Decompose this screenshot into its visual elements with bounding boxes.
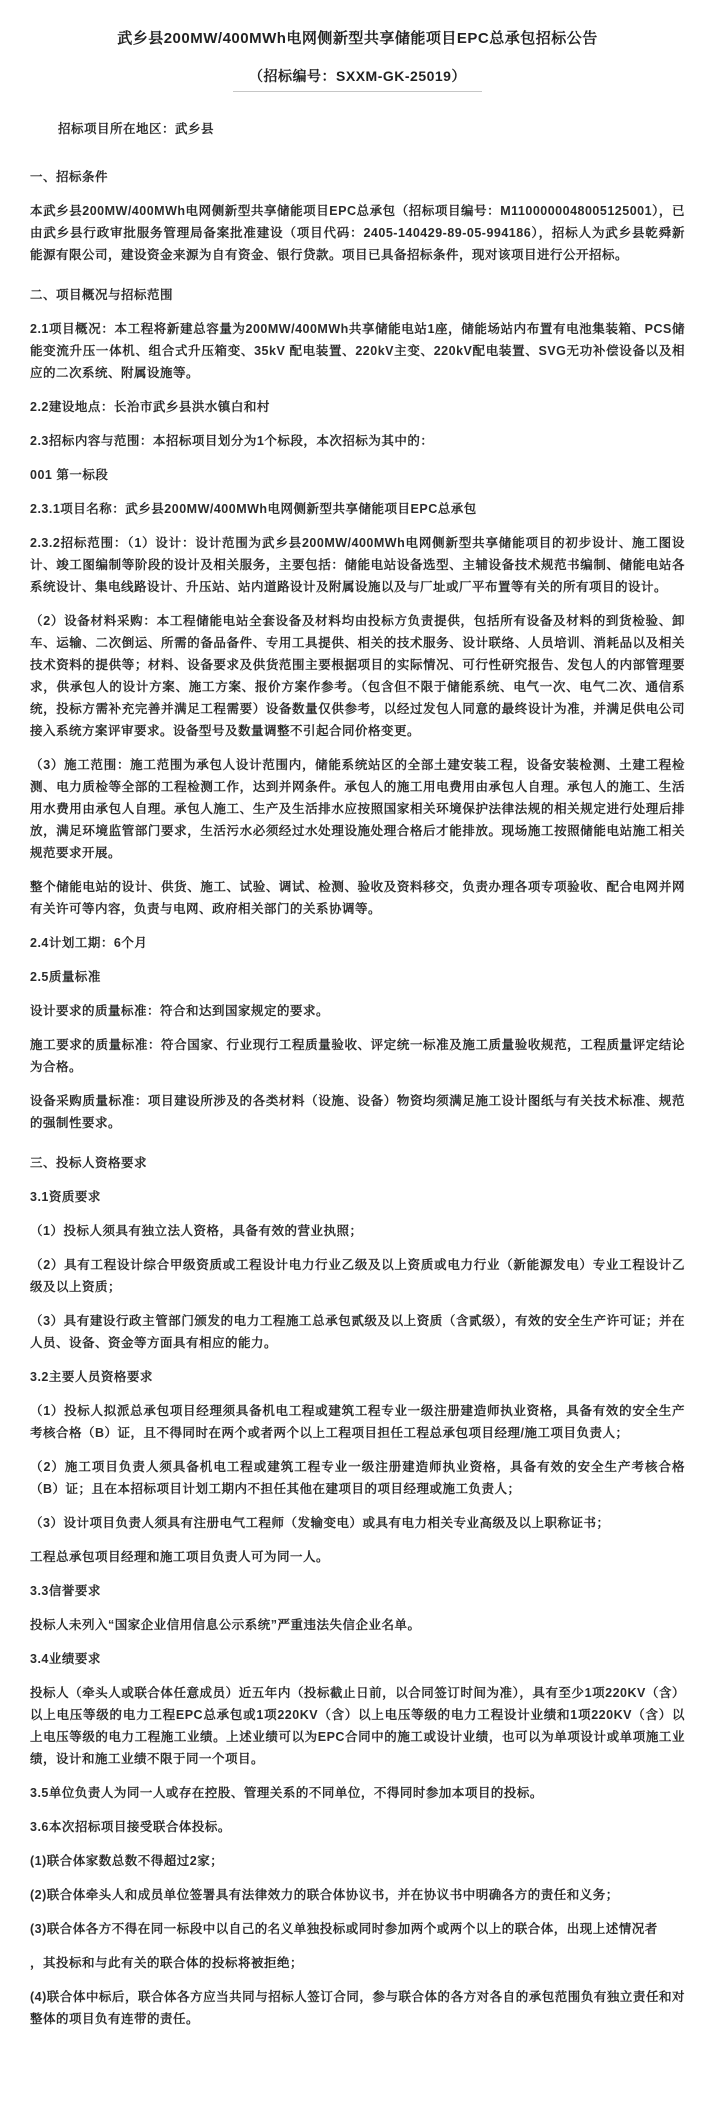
paragraph: (3)联合体各方不得在同一标段中以自己的名义单独投标或同时参加两个或两个以上的联…: [30, 1918, 685, 1940]
paragraph: 3.5单位负责人为同一人或存在控股、管理关系的不同单位，不得同时参加本项目的投标…: [30, 1782, 685, 1804]
paragraph: 本武乡县200MW/400MWh电网侧新型共享储能项目EPC总承包（招标项目编号…: [30, 200, 685, 266]
paragraph: （2）设备材料采购：本工程储能电站全套设备及材料均由投标方负责提供，包括所有设备…: [30, 610, 685, 742]
tender-number-line: （招标编号：SXXM-GK-25019）: [30, 66, 685, 92]
paragraph: 投标人（牵头人或联合体任意成员）近五年内（投标截止日前，以合同签订时间为准），具…: [30, 1682, 685, 1770]
paragraph: (1)联合体家数总数不得超过2家；: [30, 1850, 685, 1872]
section-heading: 二、项目概况与招标范围: [30, 284, 685, 306]
paragraph: （3）施工范围：施工范围为承包人设计范围内，储能系统站区的全部土建安装工程，设备…: [30, 754, 685, 864]
paragraph: （2）施工项目负责人须具备机电工程或建筑工程专业一级注册建造师执业资格，具备有效…: [30, 1456, 685, 1500]
paragraph: 2.3招标内容与范围：本招标项目划分为1个标段，本次招标为其中的：: [30, 430, 685, 452]
paragraph: 2.5质量标准: [30, 966, 685, 988]
paragraph: 投标人未列入“国家企业信用信息公示系统”严重违法失信企业名单。: [30, 1614, 685, 1636]
paragraph: 2.4计划工期：6个月: [30, 932, 685, 954]
paragraph: 设计要求的质量标准：符合和达到国家规定的要求。: [30, 1000, 685, 1022]
section-heading: 一、招标条件: [30, 166, 685, 188]
paragraph: (4)联合体中标后，联合体各方应当共同与招标人签订合同，参与联合体的各方对各自的…: [30, 1986, 685, 2030]
paragraph: (2)联合体牵头人和成员单位签署具有法律效力的联合体协议书，并在协议书中明确各方…: [30, 1884, 685, 1906]
paragraph: （1）投标人须具有独立法人资格，具备有效的营业执照；: [30, 1220, 685, 1242]
paragraph: （3）设计项目负责人须具有注册电气工程师（发输变电）或具有电力相关专业高级及以上…: [30, 1512, 685, 1534]
paragraph: 3.2主要人员资格要求: [30, 1366, 685, 1388]
tender-announcement-document: 武乡县200MW/400MWh电网侧新型共享储能项目EPC总承包招标公告 （招标…: [0, 0, 715, 2115]
paragraph: 施工要求的质量标准：符合国家、行业现行工程质量验收、评定统一标准及施工质量验收规…: [30, 1034, 685, 1078]
paragraph: 2.1项目概况：本工程将新建总容量为200MW/400MWh共享储能电站1座，储…: [30, 318, 685, 384]
paragraph: 2.2建设地点：长治市武乡县洪水镇白和村: [30, 396, 685, 418]
paragraph: ，其投标和与此有关的联合体的投标将被拒绝；: [30, 1952, 685, 1974]
tender-number-text: （招标编号：SXXM-GK-25019）: [233, 66, 482, 92]
section-heading: 三、投标人资格要求: [30, 1152, 685, 1174]
paragraph: 整个储能电站的设计、供货、施工、试验、调试、检测、验收及资料移交，负责办理各项专…: [30, 876, 685, 920]
paragraph: 3.6本次招标项目接受联合体投标。: [30, 1816, 685, 1838]
paragraph: （1）投标人拟派总承包项目经理须具备机电工程或建筑工程专业一级注册建造师执业资格…: [30, 1400, 685, 1444]
paragraph: 2.3.2招标范围：（1）设计：设计范围为武乡县200MW/400MWh电网侧新…: [30, 532, 685, 598]
paragraph: 3.4业绩要求: [30, 1648, 685, 1670]
document-body: 招标项目所在地区：武乡县一、招标条件本武乡县200MW/400MWh电网侧新型共…: [30, 118, 685, 2030]
paragraph: 3.3信誉要求: [30, 1580, 685, 1602]
paragraph: 2.3.1项目名称：武乡县200MW/400MWh电网侧新型共享储能项目EPC总…: [30, 498, 685, 520]
paragraph: 3.1资质要求: [30, 1186, 685, 1208]
paragraph: （3）具有建设行政主管部门颁发的电力工程施工总承包贰级及以上资质（含贰级），有效…: [30, 1310, 685, 1354]
paragraph: （2）具有工程设计综合甲级资质或工程设计电力行业乙级及以上资质或电力行业（新能源…: [30, 1254, 685, 1298]
paragraph: 招标项目所在地区：武乡县: [30, 118, 685, 140]
paragraph: 设备采购质量标准：项目建设所涉及的各类材料（设施、设备）物资均须满足施工设计图纸…: [30, 1090, 685, 1134]
document-title: 武乡县200MW/400MWh电网侧新型共享储能项目EPC总承包招标公告: [30, 28, 685, 50]
paragraph: 工程总承包项目经理和施工项目负责人可为同一人。: [30, 1546, 685, 1568]
paragraph: 001 第一标段: [30, 464, 685, 486]
